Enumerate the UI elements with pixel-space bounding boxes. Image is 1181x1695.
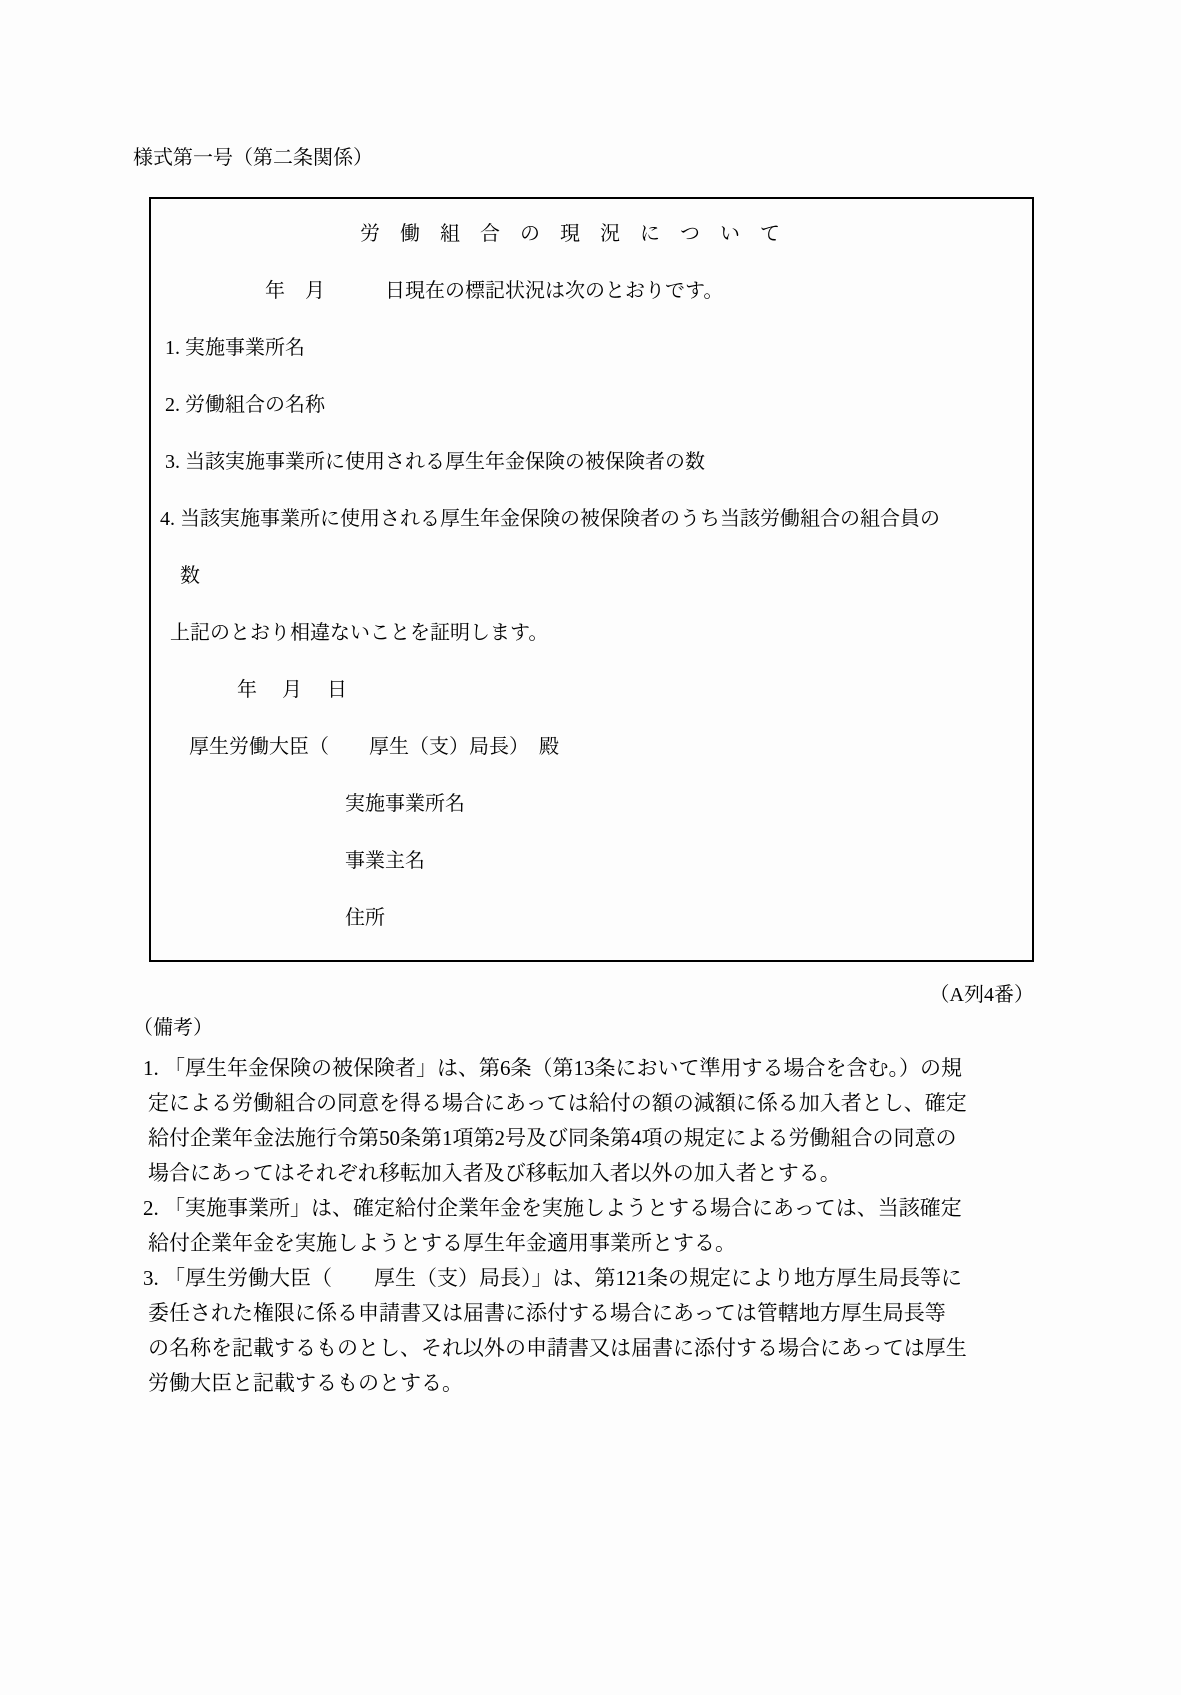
remarks-label: （備考） — [133, 1017, 213, 1039]
addressee-line: 厚生労働大臣（ 厚生（支）局長） 殿 — [151, 736, 1032, 758]
form-item-4: 4.当該実施事業所に使用される厚生年金保険の被保険者のうち当該労働組合の組合員の — [151, 508, 1032, 530]
signature-field-office-name: 実施事業所名 — [151, 793, 1032, 815]
signature-field-employer-name: 事業主名 — [151, 850, 1032, 872]
remark-3: 3.「厚生労働大臣（ 厚生（支）局長）」は、第121条の規定により地方厚生局長等… — [140, 1261, 1181, 1401]
form-title: 労 働 組 合 の 現 況 に つ い て — [151, 223, 1032, 245]
remark-line: 場合にあってはそれぞれ移転加入者及び移転加入者以外の加入者とする。 — [140, 1156, 1181, 1191]
certification-line: 上記のとおり相違ないことを証明します。 — [151, 622, 1032, 644]
item-text: 労働組合の名称 — [185, 394, 325, 416]
remark-line: 委任された権限に係る申請書又は届書に添付する場合にあっては管轄地方厚生局長等 — [140, 1296, 1181, 1331]
remark-line: 給付企業年金を実施しようとする厚生年金適用事業所とする。 — [140, 1226, 1181, 1261]
remark-line-text: 「厚生労働大臣（ 厚生（支）局長）」は、第121条の規定により地方厚生局長等に — [164, 1266, 962, 1290]
remark-line: 2.「実施事業所」は、確定給付企業年金を実施しようとする場合にあっては、当該確定 — [140, 1191, 1181, 1226]
paper-size-note: （A列4番） — [149, 984, 1034, 1006]
remark-2: 2.「実施事業所」は、確定給付企業年金を実施しようとする場合にあっては、当該確定… — [140, 1191, 1181, 1261]
signature-date-line: 年 月 日 — [151, 679, 1032, 701]
item-text: 当該実施事業所に使用される厚生年金保険の被保険者のうち当該労働組合の組合員の — [180, 508, 940, 530]
remark-line-text: 「実施事業所」は、確定給付企業年金を実施しようとする場合にあっては、当該確定 — [164, 1196, 962, 1220]
item-text: 実施事業所名 — [185, 337, 305, 359]
remarks-section: 1.「厚生年金保険の被保険者」は、第6条（第13条において準用する場合を含む。）… — [140, 1051, 1181, 1401]
document-page: { "document": { "form_label": "様式第一号（第二条… — [0, 0, 1181, 1695]
remark-number: 1. — [143, 1051, 164, 1086]
form-item-4-continuation: 数 — [151, 565, 1032, 587]
remark-line: 労働大臣と記載するものとする。 — [140, 1366, 1181, 1401]
remark-line: 給付企業年金法施行令第50条第1項第2号及び同条第4項の規定による労働組合の同意… — [140, 1121, 1181, 1156]
form-item-1: 1.実施事業所名 — [151, 337, 1032, 359]
form-box: 労 働 組 合 の 現 況 に つ い て 年 月 日現在の標記状況は次のとおり… — [149, 197, 1034, 962]
item-number: 3. — [165, 451, 185, 473]
remark-line: の名称を記載するものとし、それ以外の申請書又は届書に添付する場合にあっては厚生 — [140, 1331, 1181, 1366]
item-number: 4. — [160, 508, 180, 530]
remark-number: 2. — [143, 1191, 164, 1226]
signature-field-address: 住所 — [151, 907, 1032, 929]
remark-line: 1.「厚生年金保険の被保険者」は、第6条（第13条において準用する場合を含む。）… — [140, 1051, 1181, 1086]
form-item-3: 3.当該実施事業所に使用される厚生年金保険の被保険者の数 — [151, 451, 1032, 473]
remark-line-text: 「厚生年金保険の被保険者」は、第6条（第13条において準用する場合を含む。）の規 — [164, 1056, 962, 1080]
remark-number: 3. — [143, 1261, 164, 1296]
form-number-label: 様式第一号（第二条関係） — [133, 147, 373, 169]
item-number: 2. — [165, 394, 185, 416]
remark-line: 3.「厚生労働大臣（ 厚生（支）局長）」は、第121条の規定により地方厚生局長等… — [140, 1261, 1181, 1296]
remark-line: 定による労働組合の同意を得る場合にあっては給付の額の減額に係る加入者とし、確定 — [140, 1086, 1181, 1121]
remark-1: 1.「厚生年金保険の被保険者」は、第6条（第13条において準用する場合を含む。）… — [140, 1051, 1181, 1191]
item-number: 1. — [165, 337, 185, 359]
form-item-2: 2.労働組合の名称 — [151, 394, 1032, 416]
item-text: 当該実施事業所に使用される厚生年金保険の被保険者の数 — [185, 451, 705, 473]
status-date-line: 年 月 日現在の標記状況は次のとおりです。 — [151, 280, 1032, 302]
